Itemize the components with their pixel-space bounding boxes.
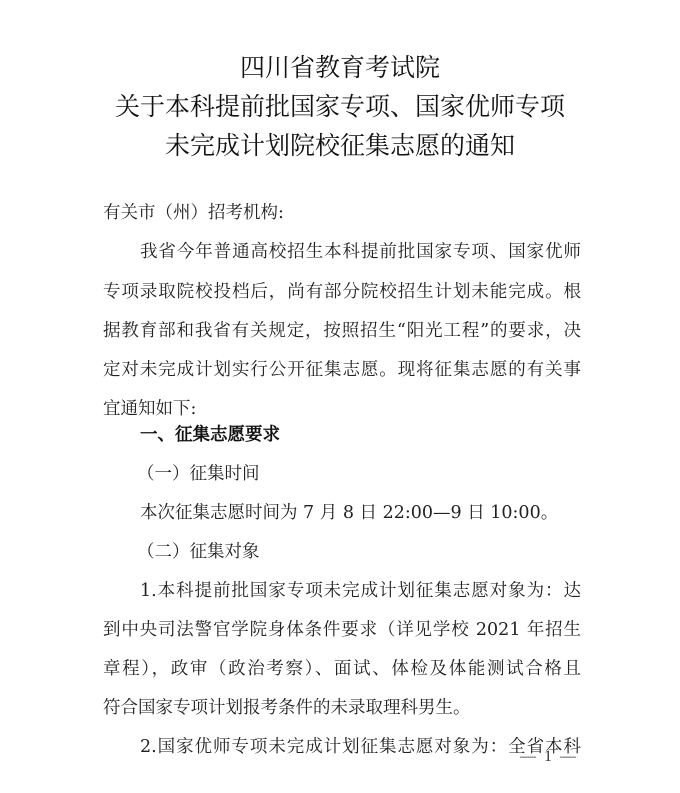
intro-paragraph-line: 据教育部和我省有关规定，按照招生“阳光工程”的要求，决 bbox=[103, 318, 581, 344]
intro-paragraph-line: 专项录取院校投档后，尚有部分院校招生计划未能完成。根 bbox=[103, 279, 581, 305]
title-line-subject: 关于本科提前批国家专项、国家优师专项 bbox=[0, 87, 680, 126]
target-item-1-line: 符合国家专项计划报考条件的未录取理科男生。 bbox=[103, 695, 581, 721]
page-number: — 1 — bbox=[520, 748, 578, 766]
target-item-1-line: 1.本科提前批国家专项未完成计划征集志愿对象为：达 bbox=[140, 578, 581, 604]
section-heading-requirements: 一、征集志愿要求 bbox=[140, 422, 581, 448]
target-item-1-line: 到中央司法警官学院身体条件要求（详见学校 2021 年招生 bbox=[103, 617, 581, 643]
collection-time-text: 本次征集志愿时间为 7 月 8 日 22:00—9 日 10:00。 bbox=[140, 500, 581, 526]
intro-paragraph-line: 我省今年普通高校招生本科提前批国家专项、国家优师 bbox=[140, 239, 581, 265]
intro-paragraph-line: 宜通知如下: bbox=[103, 396, 581, 422]
intro-paragraph-line: 定对未完成计划实行公开征集志愿。现将征集志愿的有关事 bbox=[103, 357, 581, 383]
title-line-notice: 未完成计划院校征集志愿的通知 bbox=[0, 126, 680, 165]
target-item-2-line: 2.国家优师专项未完成计划征集志愿对象为：全省本科 bbox=[140, 734, 581, 760]
subsection-heading-targets: （二）征集对象 bbox=[137, 539, 615, 565]
salutation: 有关市（州）招考机构: bbox=[103, 200, 581, 226]
target-item-1-line: 章程），政审（政治考察）、面试、体检及体能测试合格且 bbox=[103, 656, 581, 682]
title-line-organization: 四川省教育考试院 bbox=[0, 48, 680, 87]
document-title: 四川省教育考试院 关于本科提前批国家专项、国家优师专项 未完成计划院校征集志愿的… bbox=[0, 48, 680, 165]
subsection-heading-time: （一）征集时间 bbox=[137, 461, 615, 487]
